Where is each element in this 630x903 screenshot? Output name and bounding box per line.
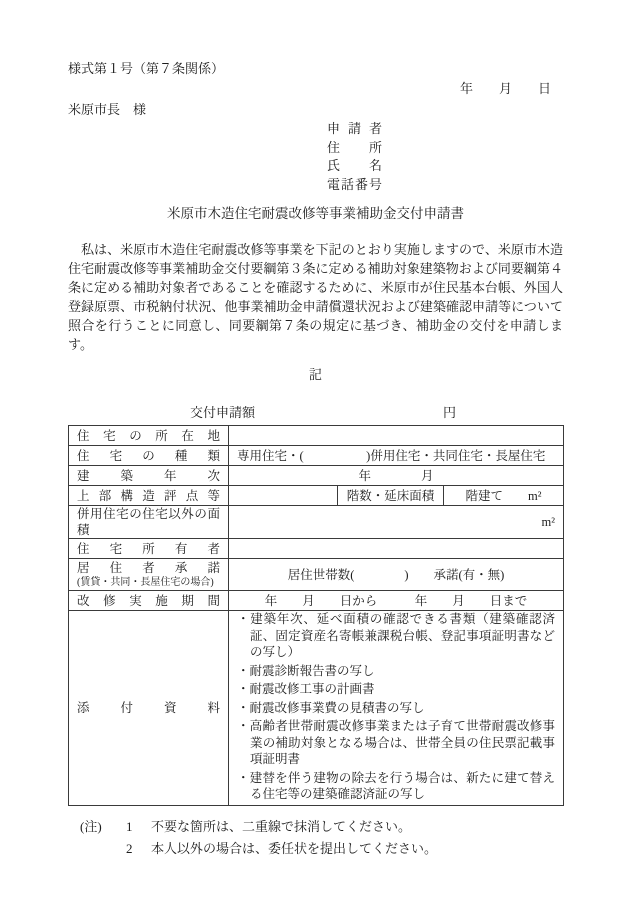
- house-owner-label: 住宅所有者: [77, 541, 220, 557]
- attachments-label-cell: 添付資料: [69, 611, 229, 806]
- resident-consent-label: 居住者承諾: [77, 560, 220, 576]
- row-work-period: 改修実施期間 年 月 日から 年 月 日まで: [69, 591, 564, 611]
- attachment-item: ・建築年次、延べ面積の確認できる書類（建築確認済証、固定資産名寄帳兼課税台帳、登…: [237, 611, 555, 661]
- note-number: 1: [126, 819, 151, 834]
- row-attachments: 添付資料 ・建築年次、延べ面積の確認できる書類（建築確認済証、固定資産名寄帳兼課…: [69, 611, 564, 806]
- attachment-item: ・耐震診断報告書の写し: [237, 663, 555, 680]
- note-item: 2 本人以外の場合は、委任状を提出してください。: [80, 841, 563, 856]
- house-owner-field: [229, 539, 564, 559]
- house-type-label: 住宅の種類: [77, 448, 220, 464]
- row-resident-consent: 居住者承諾 (賃貸・共同・長屋住宅の場合) 居住世帯数( ) 承諾(有・無): [69, 559, 564, 591]
- floors-area-label: 階数・延床面積: [338, 486, 444, 506]
- house-owner-label-cell: 住宅所有者: [69, 539, 229, 559]
- non-residential-label: 併用住宅の住宅以外の面積: [77, 506, 220, 538]
- applicant-heading: 申請者: [327, 120, 382, 139]
- row-build-year: 建築年次 年 月: [69, 466, 564, 486]
- document-title: 米原市木造住宅耐震改修等事業補助金交付申請書: [68, 206, 563, 221]
- house-location-field: [229, 426, 564, 446]
- row-house-owner: 住宅所有者: [69, 539, 564, 559]
- row-house-location: 住宅の所在地: [69, 426, 564, 446]
- applicant-phone-label: 電話番号: [327, 176, 382, 195]
- attachments-list: ・建築年次、延べ面積の確認できる書類（建築確認済証、固定資産名寄帳兼課税台帳、登…: [229, 611, 564, 806]
- build-year-label-cell: 建築年次: [69, 466, 229, 486]
- note-text: 不要な箇所は、二重線で抹消してください。: [151, 819, 563, 834]
- resident-consent-sublabel: (賃貸・共同・長屋住宅の場合): [77, 577, 220, 589]
- applicant-name-label: 氏名: [327, 157, 382, 176]
- work-period-label-cell: 改修実施期間: [69, 591, 229, 611]
- build-year-label: 建築年次: [77, 468, 220, 484]
- floors-area-field: 階建て m²: [444, 486, 564, 506]
- non-residential-field: m²: [229, 506, 564, 539]
- addressee: 米原市長 様: [68, 103, 563, 117]
- house-location-label: 住宅の所在地: [77, 428, 220, 444]
- structure-score-label-cell: 上部構造評点等: [69, 486, 229, 506]
- resident-consent-field: 居住世帯数( ) 承諾(有・無): [229, 559, 564, 591]
- note-mark-spacer: [80, 841, 126, 856]
- row-structure-score: 上部構造評点等 階数・延床面積 階建て m²: [69, 486, 564, 506]
- applicant-address-label: 住所: [327, 139, 382, 158]
- form-id: 様式第１号（第７条関係）: [68, 62, 563, 76]
- structure-score-field: [229, 486, 338, 506]
- amount-line: 交付申請額 円: [68, 405, 563, 420]
- row-non-residential-area: 併用住宅の住宅以外の面積 m²: [69, 506, 564, 539]
- amount-unit: 円: [443, 405, 456, 420]
- body-paragraph: 私は、米原市木造住宅耐震改修等事業を下記のとおり実施しますので、米原市木造住宅耐…: [68, 240, 563, 354]
- date-line: 年 月 日: [68, 82, 563, 96]
- structure-score-label: 上部構造評点等: [77, 488, 220, 504]
- resident-consent-label-cell: 居住者承諾 (賃貸・共同・長屋住宅の場合): [69, 559, 229, 591]
- note-item: (注) 1 不要な箇所は、二重線で抹消してください。: [80, 819, 563, 834]
- document-content: 様式第１号（第７条関係） 年 月 日 米原市長 様 申請者 住所 氏名 電話番号…: [0, 0, 630, 856]
- house-type-label-cell: 住宅の種類: [69, 446, 229, 466]
- attachment-item: ・高齢者世帯耐震改修事業または子育て世帯耐震改修事業の補助対象となる場合は、世帯…: [237, 718, 555, 768]
- note-number: 2: [126, 841, 151, 856]
- amount-label: 交付申請額: [190, 405, 255, 420]
- notes-section: (注) 1 不要な箇所は、二重線で抹消してください。 2 本人以外の場合は、委任…: [68, 819, 563, 856]
- non-residential-label-cell: 併用住宅の住宅以外の面積: [69, 506, 229, 539]
- house-location-label-cell: 住宅の所在地: [69, 426, 229, 446]
- build-year-field: 年 月: [229, 466, 564, 486]
- note-text: 本人以外の場合は、委任状を提出してください。: [151, 841, 563, 856]
- document-page: 様式第１号（第７条関係） 年 月 日 米原市長 様 申請者 住所 氏名 電話番号…: [0, 0, 630, 903]
- application-table: 住宅の所在地 住宅の種類 専用住宅・( )併用住宅・共同住宅・長屋住宅 建築年次…: [68, 425, 564, 806]
- attachment-item: ・耐震改修工事の計画書: [237, 681, 555, 698]
- note-mark: (注): [80, 819, 126, 834]
- attachment-item: ・建替を伴う建物の除去を行う場合は、新たに建て替える住宅等の建築確認済証の写し: [237, 770, 555, 803]
- row-house-type: 住宅の種類 専用住宅・( )併用住宅・共同住宅・長屋住宅: [69, 446, 564, 466]
- attachment-item: ・耐震改修事業費の見積書の写し: [237, 700, 555, 717]
- house-type-options: 専用住宅・( )併用住宅・共同住宅・長屋住宅: [229, 446, 564, 466]
- work-period-field: 年 月 日から 年 月 日まで: [229, 591, 564, 611]
- applicant-block: 申請者 住所 氏名 電話番号: [327, 120, 382, 194]
- work-period-label: 改修実施期間: [77, 593, 220, 609]
- attachments-label: 添付資料: [77, 700, 220, 716]
- record-heading: 記: [68, 367, 563, 382]
